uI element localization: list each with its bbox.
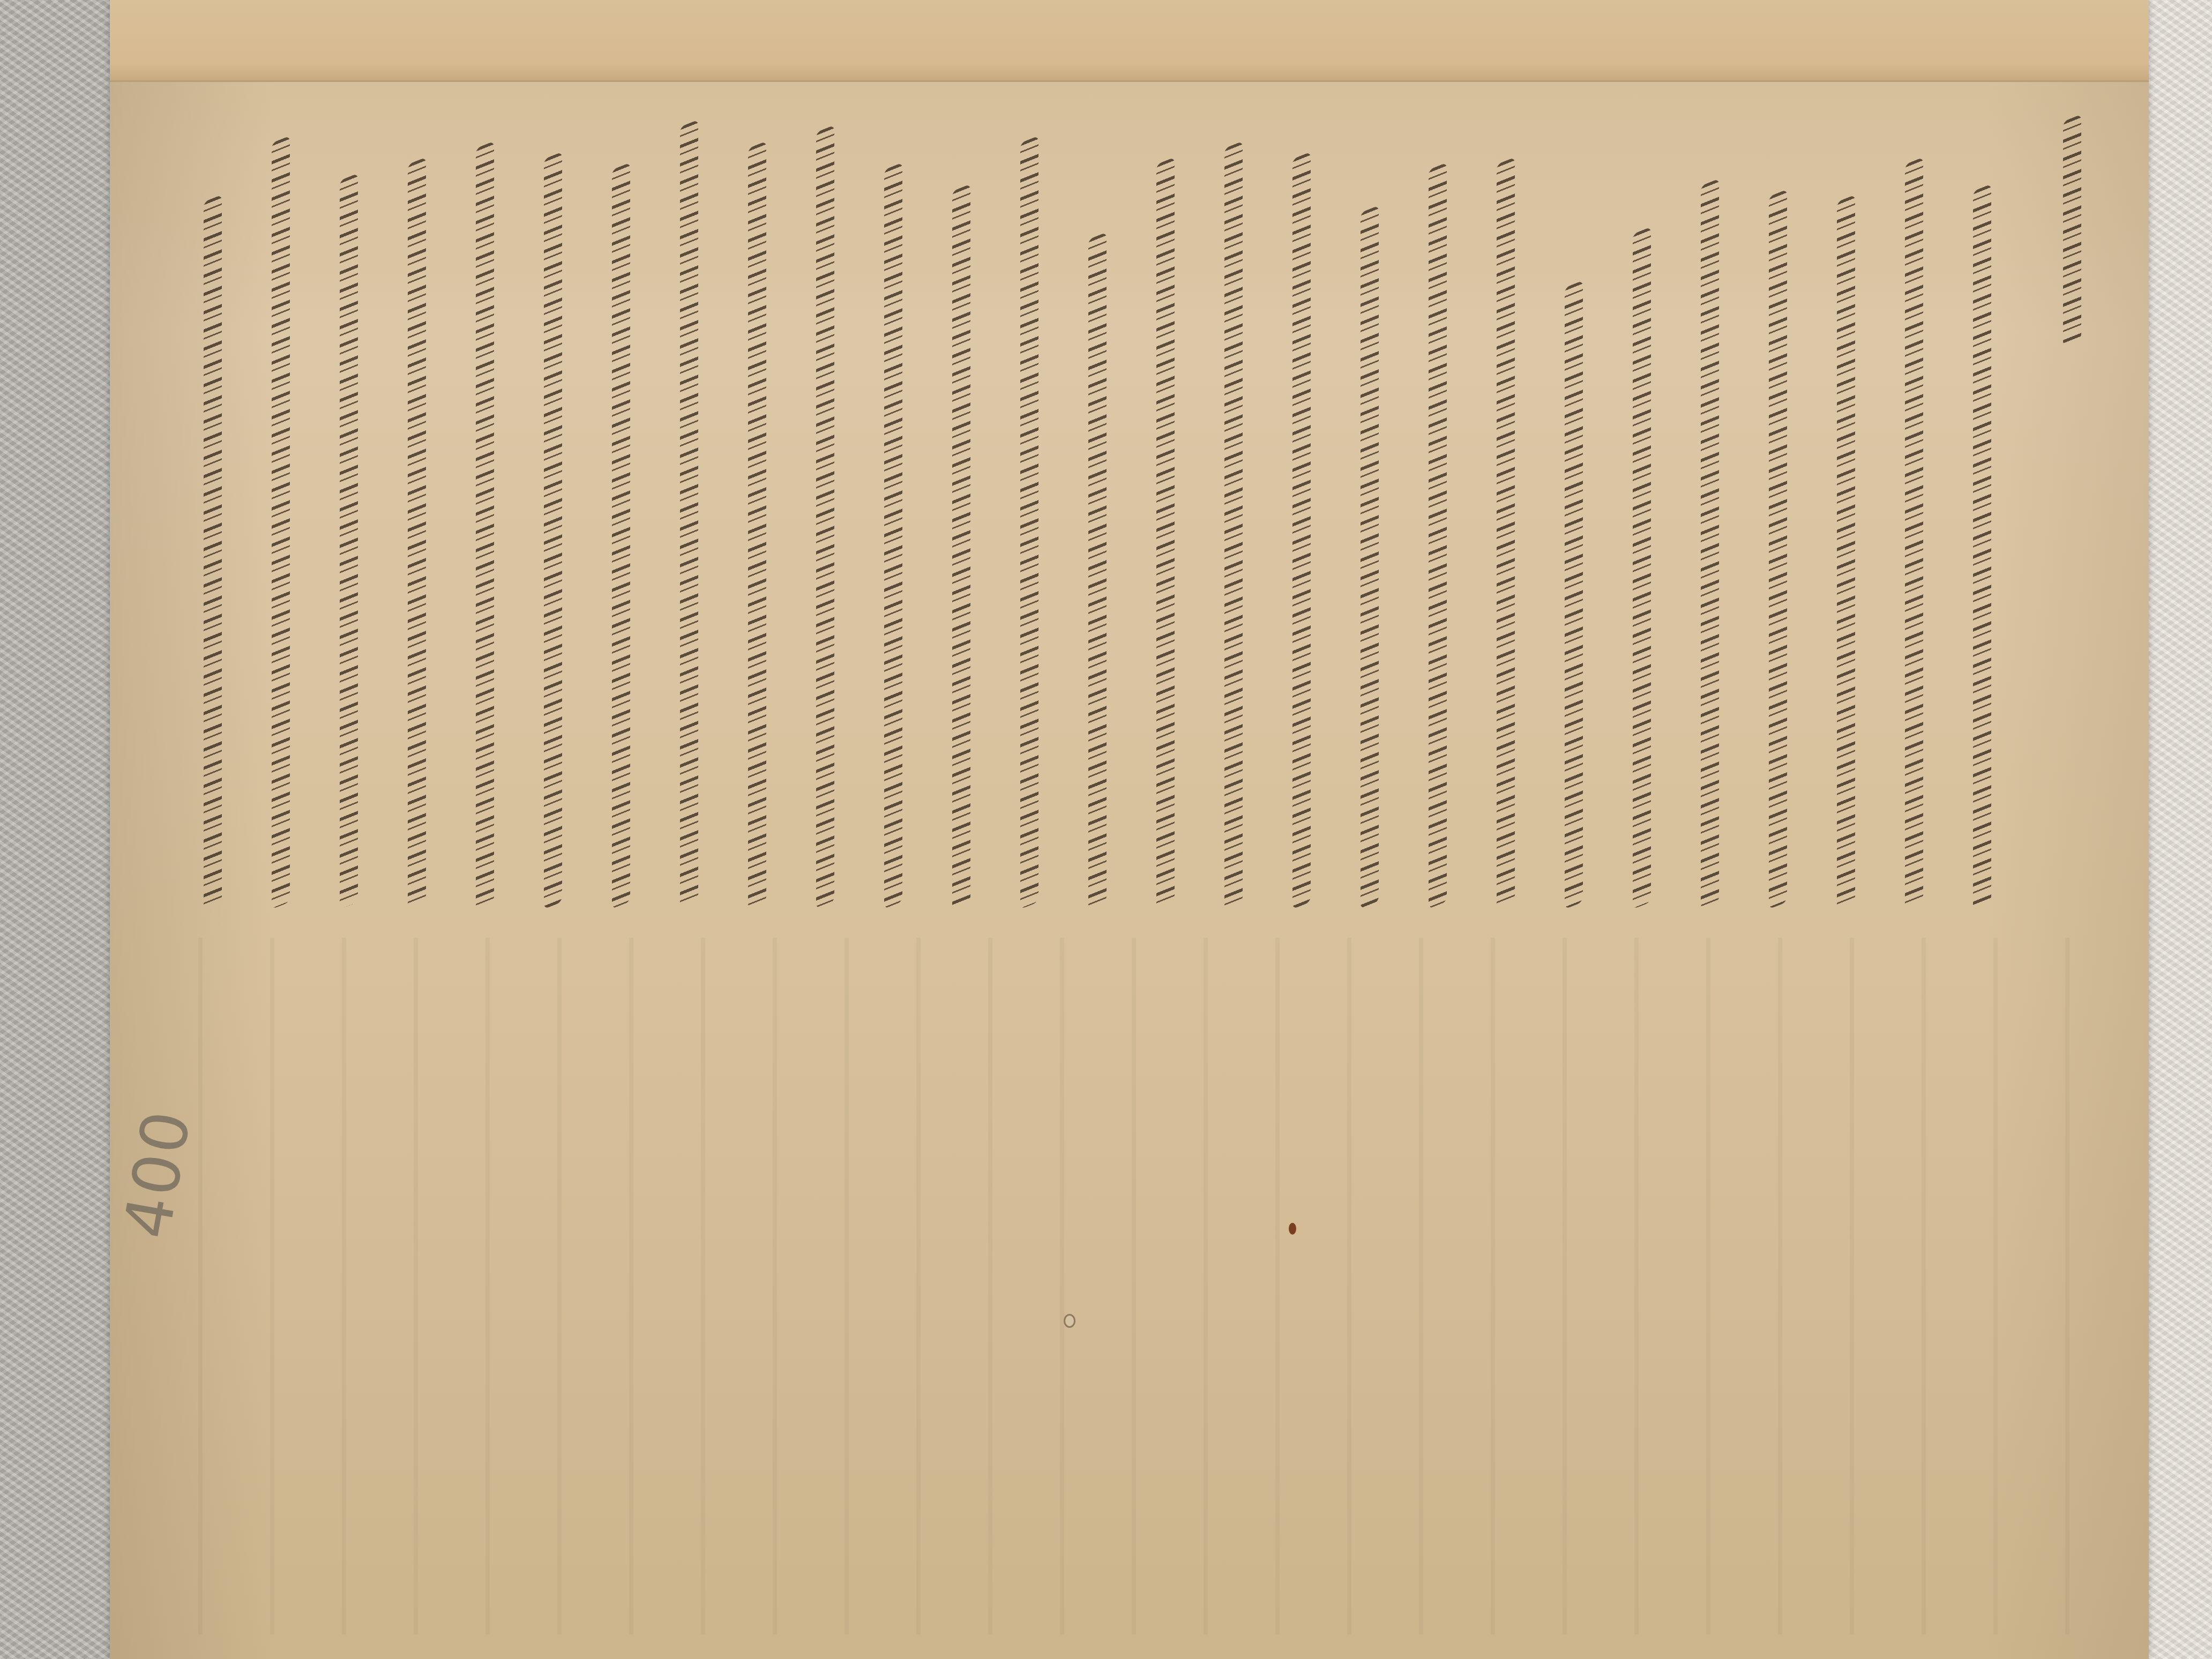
ink-bleed-through bbox=[161, 938, 2090, 1634]
ink-strokes bbox=[1020, 136, 1038, 909]
ink-strokes bbox=[544, 152, 562, 909]
background-cloth-left bbox=[0, 0, 123, 1659]
ink-strokes bbox=[476, 141, 494, 909]
handwritten-body bbox=[204, 102, 2090, 906]
ink-strokes bbox=[1701, 178, 1719, 909]
ink-strokes bbox=[1633, 227, 1651, 909]
ink-strokes bbox=[748, 141, 766, 909]
ink-strokes bbox=[1224, 141, 1243, 909]
ink-strokes bbox=[1156, 157, 1175, 909]
top-fold-flap bbox=[110, 0, 2149, 82]
ink-strokes bbox=[272, 136, 290, 909]
ink-strokes bbox=[816, 125, 834, 909]
ink-strokes bbox=[1565, 280, 1583, 909]
ink-strokes bbox=[1497, 157, 1515, 909]
pencil-page-number: 400 bbox=[118, 1104, 198, 1243]
ink-strokes bbox=[884, 162, 902, 909]
ink-strokes bbox=[2063, 114, 2081, 347]
ink-strokes bbox=[1361, 205, 1379, 909]
ink-strokes bbox=[1429, 162, 1447, 909]
ink-strokes bbox=[1292, 152, 1311, 909]
ink-strokes bbox=[1088, 232, 1107, 909]
ink-strokes bbox=[612, 162, 630, 909]
ink-strokes bbox=[204, 195, 222, 909]
ink-strokes bbox=[1837, 195, 1855, 909]
ink-strokes bbox=[1973, 184, 1991, 909]
ink-strokes bbox=[680, 119, 698, 909]
paper-speck bbox=[1064, 1314, 1075, 1328]
ink-strokes bbox=[340, 173, 358, 909]
ink-strokes bbox=[1769, 189, 1787, 909]
ink-strokes bbox=[1905, 157, 1923, 909]
ink-strokes bbox=[952, 184, 970, 909]
ink-strokes bbox=[408, 157, 426, 909]
ink-spot bbox=[1289, 1223, 1296, 1235]
pencil-page-number-text: 400 bbox=[110, 1103, 206, 1244]
